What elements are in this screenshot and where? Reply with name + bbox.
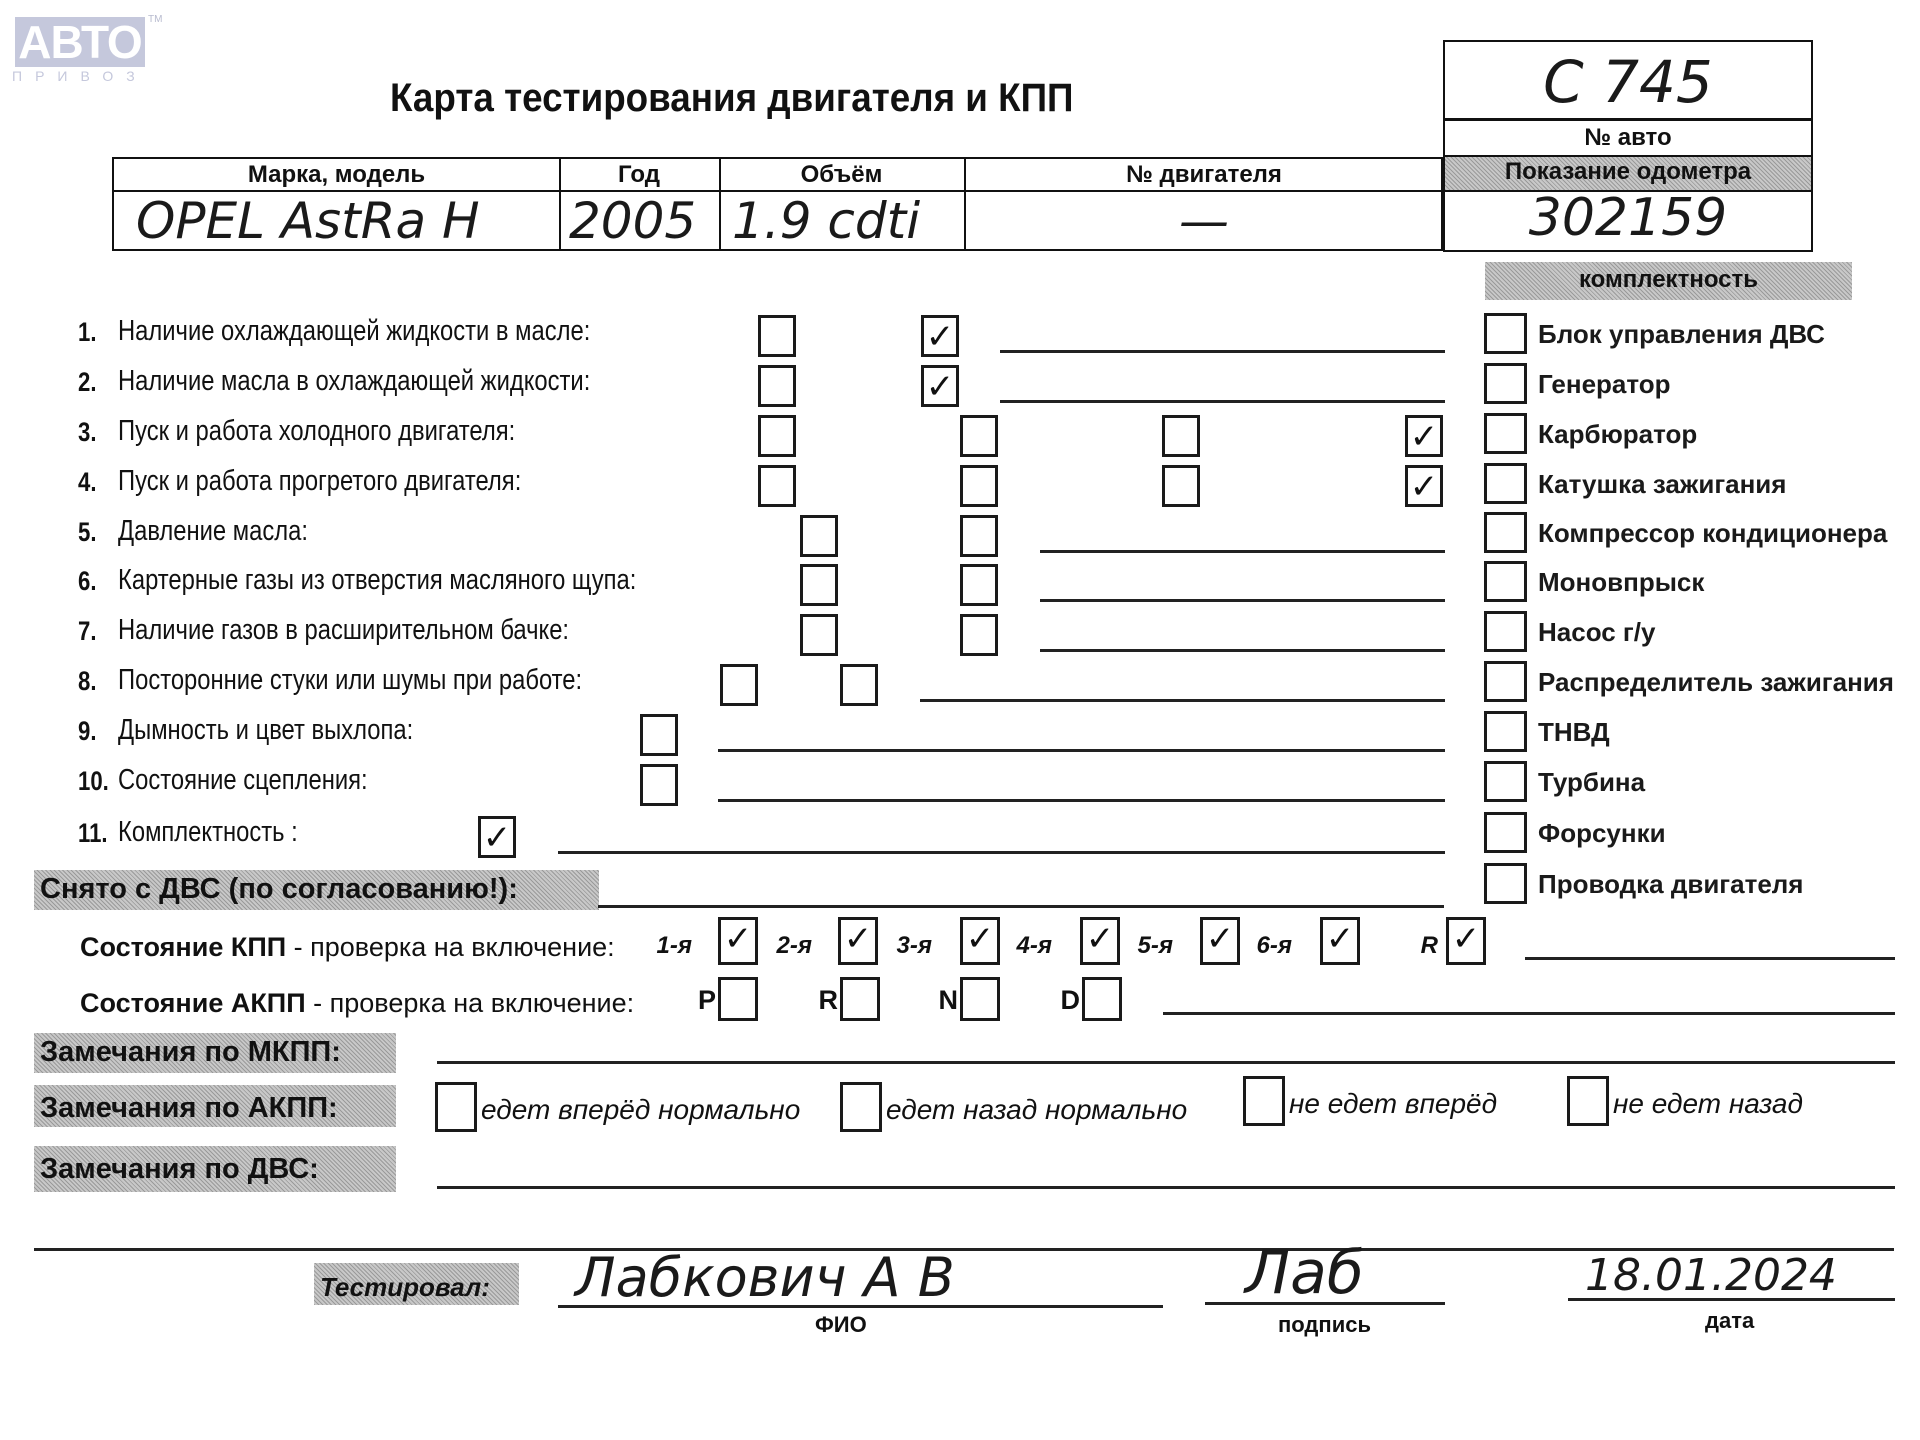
question-number: 5.: [78, 517, 96, 548]
akpp-notes-line[interactable]: [1163, 1012, 1895, 1015]
option-checkbox[interactable]: ✓: [921, 315, 959, 357]
kpp-notes-line[interactable]: [1525, 957, 1895, 960]
question-number: 4.: [78, 467, 96, 498]
signature-line: [1205, 1302, 1445, 1305]
kit-item-checkbox[interactable]: [1484, 863, 1527, 904]
akpp-mode-label: R: [819, 985, 839, 1016]
kit-item-label: Насос г/у: [1538, 617, 1655, 648]
check-mark-icon: ✓: [481, 819, 513, 855]
name-line: [558, 1305, 1163, 1308]
kit-item-checkbox[interactable]: [1484, 761, 1527, 802]
akpp-note-checkbox[interactable]: [435, 1082, 477, 1132]
volume-header: Объём: [719, 159, 964, 190]
option-checkbox[interactable]: ✓: [1405, 465, 1443, 507]
kit-item-label: Компрессор кондиционера: [1538, 518, 1887, 549]
mkpp-notes-line[interactable]: [437, 1061, 1895, 1064]
check-mark-icon: ✓: [1449, 920, 1483, 962]
option-checkbox[interactable]: [720, 664, 758, 706]
kit-item-label: Турбина: [1538, 767, 1645, 798]
akpp-note-label: не едет назад: [1613, 1088, 1803, 1120]
kit-item-checkbox[interactable]: [1484, 463, 1527, 504]
option-checkbox[interactable]: [640, 764, 678, 806]
make-model-header: Марка, модель: [114, 159, 559, 190]
kit-item-label: Форсунки: [1538, 818, 1666, 849]
question-label: Посторонние стуки или шумы при работе:: [118, 664, 582, 697]
kit-item-checkbox[interactable]: [1484, 611, 1527, 652]
check-mark-icon: ✓: [924, 318, 956, 354]
kpp-label: Состояние КПП - проверка на включение:: [80, 932, 615, 963]
option-checkbox[interactable]: [960, 564, 998, 606]
gear-checkbox[interactable]: ✓: [838, 917, 878, 965]
vehicle-info-table: Марка, модель Год Объём № двигателя OPEL…: [112, 157, 1443, 251]
dvs-notes-line[interactable]: [437, 1186, 1895, 1189]
kit-item-label: Карбюратор: [1538, 419, 1697, 450]
kit-item-label: ТНВД: [1538, 717, 1610, 748]
question-number: 1.: [78, 317, 96, 348]
option-checkbox[interactable]: [800, 564, 838, 606]
question-label: Наличие охлаждающей жидкости в масле:: [118, 315, 590, 348]
akpp-mode-checkbox[interactable]: [840, 977, 880, 1021]
gear-checkbox[interactable]: ✓: [1200, 917, 1240, 965]
option-checkbox[interactable]: [800, 515, 838, 557]
option-checkbox[interactable]: ✓: [478, 816, 516, 858]
akpp-notes-label: Замечания по АКПП:: [34, 1088, 344, 1129]
gear-label: 3-я: [897, 932, 932, 960]
question-notes-line[interactable]: [1040, 599, 1445, 602]
option-checkbox[interactable]: [1162, 465, 1200, 507]
check-mark-icon: ✓: [1323, 920, 1357, 962]
question-label: Наличие газов в расширительном бачке:: [118, 614, 569, 647]
kit-item-checkbox[interactable]: [1484, 413, 1527, 454]
option-checkbox[interactable]: [840, 664, 878, 706]
akpp-mode-checkbox[interactable]: [1082, 977, 1122, 1021]
kit-header: комплектность: [1485, 266, 1852, 294]
page-title: Карта тестирования двигателя и КПП: [390, 76, 1073, 121]
gear-label: 2-я: [777, 932, 812, 960]
akpp-note-label: не едет вперёд: [1289, 1088, 1497, 1120]
year-header: Год: [559, 159, 719, 190]
check-mark-icon: ✓: [1203, 920, 1237, 962]
signature-value[interactable]: Лаб: [1245, 1238, 1364, 1308]
question-number: 8.: [78, 666, 96, 697]
make-model-value[interactable]: OPEL AstRa H: [136, 192, 556, 250]
check-mark-icon: ✓: [924, 368, 956, 404]
option-checkbox[interactable]: [800, 614, 838, 656]
question-number: 7.: [78, 616, 96, 647]
akpp-note-checkbox[interactable]: [1243, 1076, 1285, 1126]
auto-number-box: C 745 № авто Показание одометра 302159: [1443, 40, 1813, 252]
option-checkbox[interactable]: [758, 315, 796, 357]
mkpp-notes-label: Замечания по МКПП:: [34, 1032, 347, 1073]
question-notes-line[interactable]: [1040, 550, 1445, 553]
kit-item-label: Распределитель зажигания: [1538, 667, 1894, 698]
question-number: 2.: [78, 367, 96, 398]
auto-number-label: № авто: [1445, 124, 1811, 152]
question-notes-line[interactable]: [1000, 350, 1445, 353]
question-notes-line[interactable]: [718, 749, 1445, 752]
gear-checkbox[interactable]: ✓: [1446, 917, 1486, 965]
year-value[interactable]: 2005: [569, 192, 719, 250]
question-label: Давление масла:: [118, 515, 308, 548]
akpp-note-checkbox[interactable]: [1567, 1076, 1609, 1126]
check-mark-icon: ✓: [1408, 418, 1440, 454]
question-label: Пуск и работа прогретого двигателя:: [118, 465, 521, 498]
question-number: 6.: [78, 566, 96, 597]
gear-checkbox[interactable]: ✓: [1320, 917, 1360, 965]
option-checkbox[interactable]: [758, 365, 796, 407]
odometer-value[interactable]: 302159: [1445, 188, 1811, 248]
logo: АВТО: [15, 17, 145, 67]
logo-subtext: ПРИВОЗ: [12, 68, 148, 84]
option-checkbox[interactable]: [758, 415, 796, 457]
option-checkbox[interactable]: [640, 714, 678, 756]
question-notes-line[interactable]: [718, 799, 1445, 802]
question-label: Наличие масла в охлаждающей жидкости:: [118, 365, 590, 398]
removed-label: Снято с ДВС (по согласованию!):: [34, 869, 524, 910]
gear-label: 5-я: [1138, 932, 1173, 960]
volume-value[interactable]: 1.9 cdti: [732, 192, 964, 250]
check-mark-icon: ✓: [841, 920, 875, 962]
check-mark-icon: ✓: [1083, 920, 1117, 962]
tester-name-value[interactable]: Лабкович А В: [575, 1246, 955, 1309]
option-checkbox[interactable]: [758, 465, 796, 507]
kit-item-checkbox[interactable]: [1484, 661, 1527, 702]
signature-caption: подпись: [1278, 1312, 1371, 1338]
check-mark-icon: ✓: [1408, 468, 1440, 504]
option-checkbox[interactable]: [960, 415, 998, 457]
question-label: Состояние сцепления:: [118, 764, 368, 797]
kit-item-label: Генератор: [1538, 369, 1671, 400]
gear-checkbox[interactable]: ✓: [1080, 917, 1120, 965]
question-label: Пуск и работа холодного двигателя:: [118, 415, 515, 448]
dvs-notes-label: Замечания по ДВС:: [34, 1149, 325, 1190]
question-number: 3.: [78, 417, 96, 448]
option-checkbox[interactable]: [960, 465, 998, 507]
akpp-mode-checkbox[interactable]: [718, 977, 758, 1021]
gear-label: 4-я: [1017, 932, 1052, 960]
option-checkbox[interactable]: [960, 614, 998, 656]
kit-item-checkbox[interactable]: [1484, 711, 1527, 752]
date-caption: дата: [1705, 1308, 1754, 1334]
check-mark-icon: ✓: [963, 920, 997, 962]
akpp-mode-label: D: [1061, 985, 1081, 1016]
question-notes-line[interactable]: [1000, 400, 1445, 403]
question-notes-line[interactable]: [1040, 649, 1445, 652]
option-checkbox[interactable]: ✓: [921, 365, 959, 407]
akpp-note-label: едет вперёд нормально: [481, 1094, 800, 1126]
question-label: Комплектность :: [118, 816, 298, 849]
question-number: 11.: [78, 818, 108, 849]
gear-checkbox[interactable]: ✓: [960, 917, 1000, 965]
question-number: 10.: [78, 766, 109, 797]
engine-number-header: № двигателя: [964, 159, 1444, 190]
kit-item-checkbox[interactable]: [1484, 512, 1527, 553]
logo-trademark: TM: [148, 14, 162, 25]
kit-item-label: Проводка двигателя: [1538, 869, 1803, 900]
removed-line[interactable]: [598, 905, 1444, 908]
question-label: Картерные газы из отверстия масляного щу…: [118, 564, 636, 597]
odometer-label: Показание одометра: [1445, 158, 1811, 186]
question-notes-line[interactable]: [920, 699, 1445, 702]
tested-by-label: Тестировал:: [320, 1272, 490, 1303]
akpp-note-checkbox[interactable]: [840, 1082, 882, 1132]
option-checkbox[interactable]: ✓: [1405, 415, 1443, 457]
engine-number-value[interactable]: —: [964, 192, 1444, 250]
gear-label: 6-я: [1257, 932, 1292, 960]
kit-item-label: Моновпрыск: [1538, 567, 1704, 598]
option-checkbox[interactable]: [960, 515, 998, 557]
name-caption: ФИО: [815, 1312, 867, 1338]
akpp-mode-checkbox[interactable]: [960, 977, 1000, 1021]
akpp-label: Состояние АКПП - проверка на включение:: [80, 988, 634, 1019]
check-mark-icon: ✓: [721, 920, 755, 962]
akpp-mode-label: P: [698, 985, 716, 1016]
gear-checkbox[interactable]: ✓: [718, 917, 758, 965]
question-label: Дымность и цвет выхлопа:: [118, 714, 413, 747]
gear-label: R: [1421, 932, 1438, 960]
auto-number-value[interactable]: C 745: [1445, 48, 1811, 116]
akpp-mode-label: N: [939, 985, 959, 1016]
date-line: [1568, 1298, 1895, 1301]
date-value[interactable]: 18.01.2024: [1585, 1250, 1837, 1301]
kit-item-label: Катушка зажигания: [1538, 469, 1786, 500]
question-notes-line[interactable]: [558, 851, 1445, 854]
akpp-note-label: едет назад нормально: [886, 1094, 1187, 1126]
kit-item-checkbox[interactable]: [1484, 363, 1527, 404]
kit-item-label: Блок управления ДВС: [1538, 319, 1825, 350]
question-number: 9.: [78, 716, 96, 747]
option-checkbox[interactable]: [1162, 415, 1200, 457]
kit-item-checkbox[interactable]: [1484, 812, 1527, 853]
kit-item-checkbox[interactable]: [1484, 561, 1527, 602]
gear-label: 1-я: [657, 932, 692, 960]
kit-item-checkbox[interactable]: [1484, 313, 1527, 354]
